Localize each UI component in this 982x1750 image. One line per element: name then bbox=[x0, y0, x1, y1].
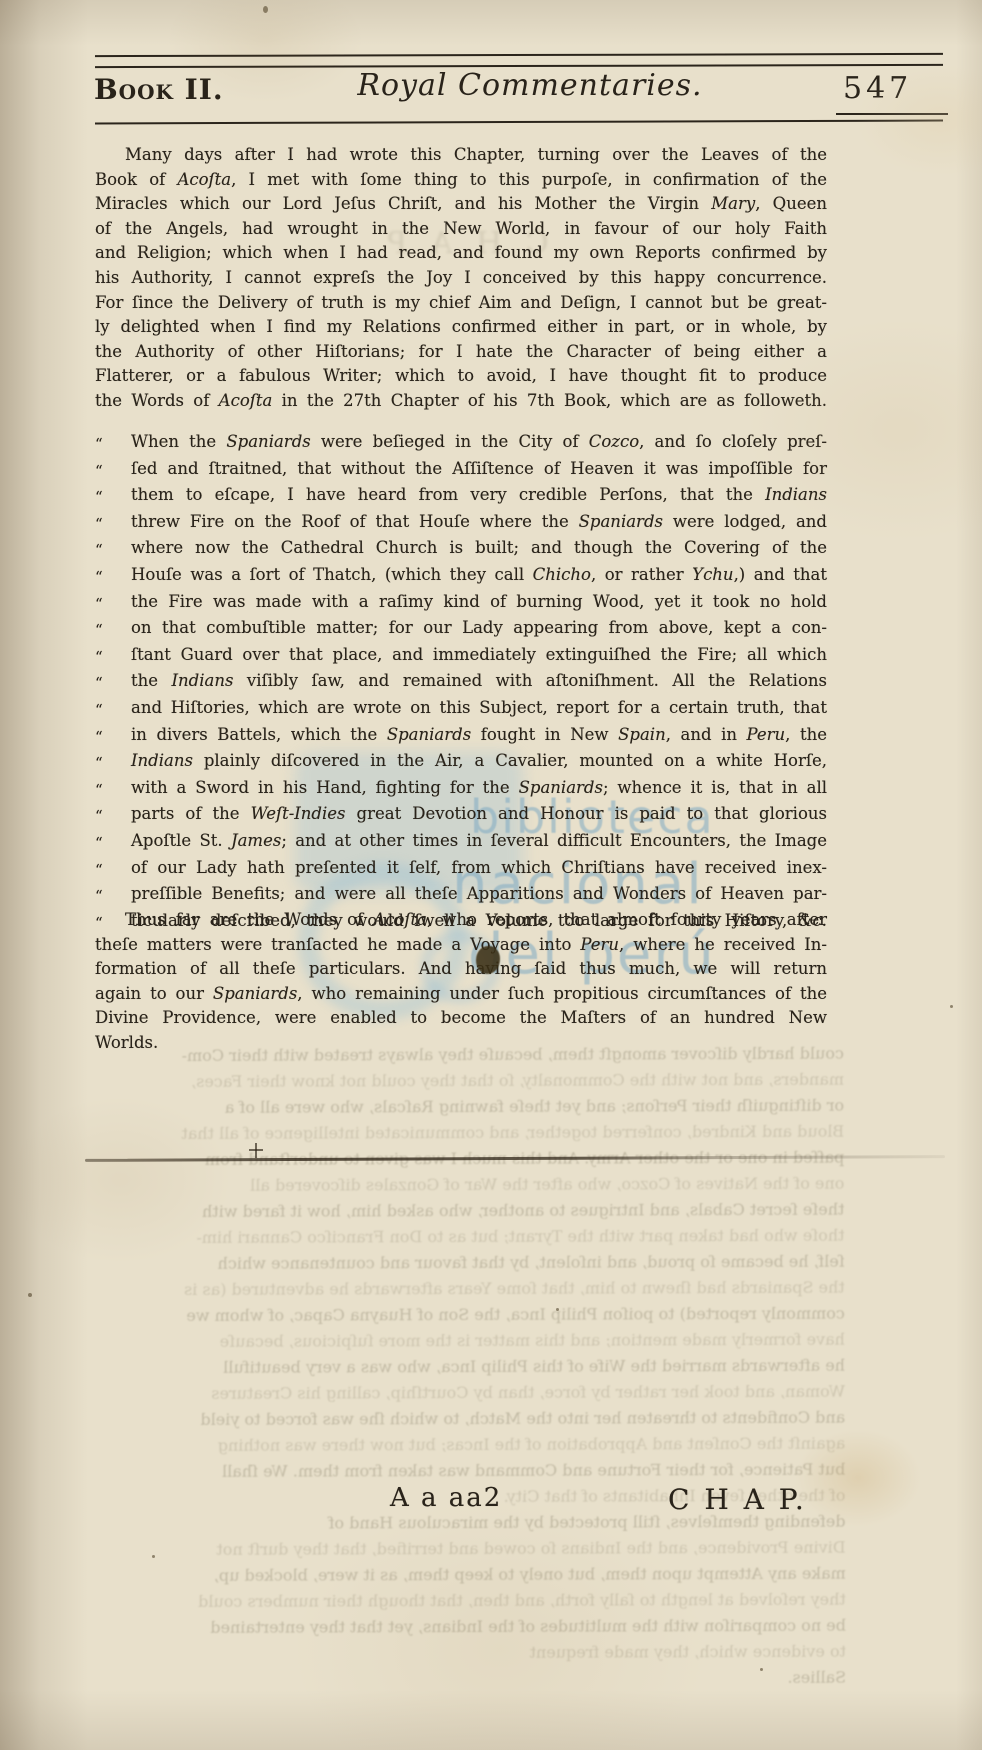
quote-mark: “ bbox=[95, 696, 131, 723]
text-line: formation of all theſe particulars. And … bbox=[95, 957, 827, 982]
text-line: the Words of Acoſta in the 27th Chapter … bbox=[95, 389, 827, 414]
quote-mark: “ bbox=[95, 536, 131, 563]
running-title: Royal Commentaries. bbox=[330, 68, 730, 103]
quote-line: “threw Fire on the Roof of that Houſe wh… bbox=[95, 510, 827, 537]
quote-line: “with a Sword in his Hand, fighting for … bbox=[95, 776, 827, 803]
header-bottom-rule bbox=[95, 120, 943, 125]
text-line: but Patience, for their Fortune and Comm… bbox=[85, 1457, 845, 1486]
paper-speck bbox=[28, 1293, 32, 1297]
text-line: and Confidents to threaten her into the … bbox=[85, 1405, 845, 1434]
text-line: commonly reported) to poiſon Philip Inca… bbox=[85, 1301, 845, 1330]
paper-speck bbox=[760, 1668, 763, 1671]
quote-mark: “ bbox=[95, 483, 131, 510]
text-line: he afterwards married the Wife of this P… bbox=[85, 1353, 845, 1382]
quote-mark: “ bbox=[95, 802, 131, 829]
text-line: ſelf, he became ſo proud, and inſolent, … bbox=[85, 1249, 845, 1278]
quote-line: “of our Lady hath preſented it ſelf, fro… bbox=[95, 856, 827, 883]
text-line: have formerly made mention; and this mat… bbox=[85, 1327, 845, 1356]
quote-line: “parts of the Weſt-Indies great Devotion… bbox=[95, 802, 827, 829]
text-line: they reſolved at length to ſally forth, … bbox=[86, 1587, 846, 1616]
quote-line: “When the Spaniards were beſieged in the… bbox=[95, 430, 827, 457]
quote-mark: “ bbox=[95, 829, 131, 856]
text-line: manders, and not with the Commonalty, ſo… bbox=[84, 1067, 844, 1096]
text-line: to evidence which, they made frequent bbox=[86, 1639, 846, 1668]
text-line: or diſtinguiſh their Perſons; and yet th… bbox=[84, 1093, 844, 1122]
show-through-cross-mark bbox=[249, 1149, 263, 1151]
quote-mark: “ bbox=[95, 882, 131, 909]
footer-row: A a aa2 C H A P. bbox=[0, 1483, 982, 1523]
paragraph-intro: Many days after I had wrote this Chapter… bbox=[95, 143, 827, 414]
quote-line: “in divers Battels, which the Spaniards … bbox=[95, 723, 827, 750]
paper-speck bbox=[152, 1555, 155, 1558]
quote-line: “the Indians viſibly ſaw, and remained w… bbox=[95, 669, 827, 696]
page-edge-shadow-bottom bbox=[0, 1690, 982, 1750]
paper-speck bbox=[950, 1005, 953, 1008]
quote-line: “the Fire was made with a raſimy kind of… bbox=[95, 590, 827, 617]
text-line: Bloud and Kindred, conferred together, a… bbox=[84, 1119, 844, 1148]
text-line: thoſe who had taken part with the Tyrant… bbox=[85, 1223, 845, 1252]
quote-line: “them to eſcape, I have heard from very … bbox=[95, 483, 827, 510]
text-line: the Spaniards had ſhewn to him, that ſom… bbox=[85, 1275, 845, 1304]
quote-line: “and Hiſtories, which are wrote on this … bbox=[95, 696, 827, 723]
text-line: be no compariſon with the multitudes of … bbox=[86, 1613, 846, 1642]
book-page: biblioteca nacional del perú C H A P cou… bbox=[0, 0, 982, 1750]
text-line: the Authority of other Hiſtorians; for I… bbox=[95, 340, 827, 365]
text-line: make any Attempt upon them, but onely to… bbox=[86, 1561, 846, 1590]
quote-mark: “ bbox=[95, 616, 131, 643]
quote-mark: “ bbox=[95, 776, 131, 803]
verso-show-through-text: could hardly diſcover amongſt them, beca… bbox=[84, 1041, 846, 1694]
quote-mark: “ bbox=[95, 749, 131, 776]
quote-mark: “ bbox=[95, 856, 131, 883]
quote-mark: “ bbox=[95, 430, 131, 457]
text-line: Miracles which our Lord Jeſus Chriſt, an… bbox=[95, 192, 827, 217]
text-line: and Religion; which when I had read, and… bbox=[95, 241, 827, 266]
text-line: his Authority, I cannot expreſs the Joy … bbox=[95, 266, 827, 291]
text-line: again to our Spaniards, who remaining un… bbox=[95, 982, 827, 1007]
quote-line: “Apoſtle St. James; and at other times i… bbox=[95, 829, 827, 856]
text-line: Sallies. bbox=[86, 1665, 846, 1694]
quote-line: “Indians plainly diſcovered in the Air, … bbox=[95, 749, 827, 776]
header-double-rule bbox=[95, 53, 943, 68]
page-edge-shadow-top bbox=[0, 0, 982, 46]
quote-line: “ſed and ſtraitned, that without the Aſſ… bbox=[95, 457, 827, 484]
catchword-chap: C H A P. bbox=[668, 1483, 807, 1516]
text-line: of the Angels, had wrought in the New Wo… bbox=[95, 217, 827, 242]
quote-line: “where now the Cathedral Church is built… bbox=[95, 536, 827, 563]
text-line: ly delighted when I find my Relations co… bbox=[95, 315, 827, 340]
text-line: againſt the Conſent and Approbation of t… bbox=[85, 1431, 845, 1460]
quote-mark: “ bbox=[95, 563, 131, 590]
quote-line: “ſtant Guard over that place, and immedi… bbox=[95, 643, 827, 670]
text-line: one of the Natives of Cozco, who after t… bbox=[84, 1171, 844, 1200]
paragraph-closing: Thus far are the Words of Acoſta, who re… bbox=[95, 908, 827, 1056]
quote-mark: “ bbox=[95, 590, 131, 617]
quote-line: “Houſe was a ſort of Thatch, (which they… bbox=[95, 563, 827, 590]
quote-mark: “ bbox=[95, 643, 131, 670]
text-line: Many days after I had wrote this Chapter… bbox=[95, 143, 827, 168]
quote-mark: “ bbox=[95, 510, 131, 537]
quote-mark: “ bbox=[95, 457, 131, 484]
quote-mark: “ bbox=[95, 723, 131, 750]
book-label: Book II. bbox=[94, 73, 224, 106]
signature-mark: A a aa2 bbox=[390, 1483, 502, 1513]
page-number-rule bbox=[836, 113, 948, 115]
text-line: Divine Providence, were enabled to becom… bbox=[95, 1006, 827, 1031]
page-number: 547 bbox=[843, 71, 912, 106]
text-line: Divine Providence, and the Indians ſo co… bbox=[86, 1535, 846, 1564]
quote-block-acosta: “When the Spaniards were beſieged in the… bbox=[95, 430, 827, 935]
quote-line: “preſſible Benefits; and were all theſe … bbox=[95, 882, 827, 909]
text-line: For ſince the Delivery of truth is my ch… bbox=[95, 291, 827, 316]
text-line: theſe matters were tranſacted he made a … bbox=[95, 933, 827, 958]
paper-speck bbox=[263, 6, 268, 13]
quote-mark: “ bbox=[95, 669, 131, 696]
text-line: Flatterer, or a fabulous Writer; which t… bbox=[95, 364, 827, 389]
text-line: Woman, and took her rather by force, tha… bbox=[85, 1379, 845, 1408]
text-line: Worlds. bbox=[95, 1031, 827, 1056]
quote-line: “on that combuſtible matter; for our Lad… bbox=[95, 616, 827, 643]
text-line: theſe ſecret Cabals, and Intrigues to an… bbox=[84, 1197, 844, 1226]
text-line: Book of Acoſta, I met with ſome thing to… bbox=[95, 168, 827, 193]
text-line: Thus far are the Words of Acoſta, who re… bbox=[95, 908, 827, 933]
paper-speck bbox=[556, 1308, 559, 1311]
